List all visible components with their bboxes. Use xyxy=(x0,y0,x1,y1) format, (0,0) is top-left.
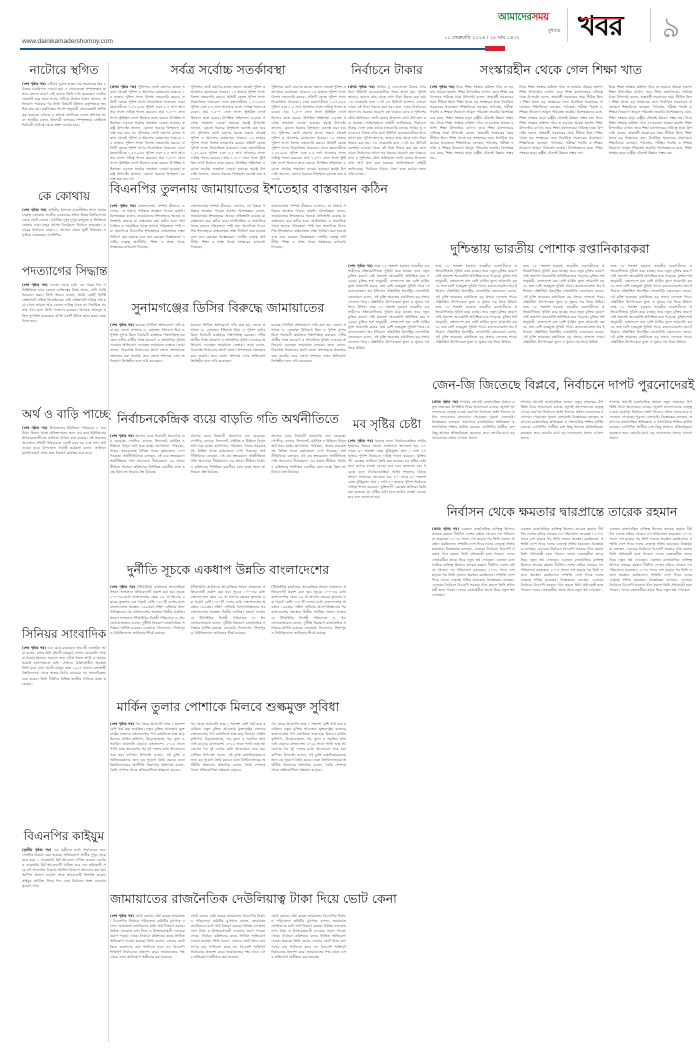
headline: সুনামগঞ্জের ডিসির বিরুদ্ধে জামায়াতের xyxy=(110,300,346,320)
article-poltyag: পদত্যাগের সিদ্ধান্ত (শেষ পৃষ্ঠার পর) দেও… xyxy=(22,263,106,324)
headline: নির্বাসন থেকে ক্ষমতার দ্বারপ্রান্তে তারে… xyxy=(432,504,692,524)
site-url[interactable]: www.dainikamadershomoy.com xyxy=(22,38,113,45)
article-markin: মার্কিন তুলার পোশাকে মিলবে শুল্কমুক্ত সু… xyxy=(110,699,346,773)
article-natore: নাটোরে স্থগিত (শেষ পৃষ্ঠার পর) এটিএম নুর… xyxy=(22,62,106,128)
headline: কে কোথায় xyxy=(22,188,106,208)
article-gen-z: নির্বাসন থেকে ক্ষমতার দ্বারপ্রান্তে তারে… xyxy=(432,504,692,598)
article-body: (শেষ পৃষ্ঠার পর) দেওয়া থেকে চাই। এর পরে… xyxy=(22,283,106,324)
article-senior: সিনিয়র সাংবাদিক (শেষ পৃষ্ঠার পর) এক মেয… xyxy=(22,626,106,687)
article-body: (তৃতীয় পৃষ্ঠার পর) এর কর্মীদের মধ্যে নি… xyxy=(22,848,106,889)
masthead: www.dainikamadershomoy.com আমাদেরসময় বু… xyxy=(0,0,700,52)
article-awami-9-dol: সংস্কারহীন থেকে গেল শিক্ষা খাত (শেষ পৃষ্… xyxy=(430,62,692,161)
article-body: (শেষ পৃষ্ঠার পর) বাহিনীর ইসলাম রাজনীতির … xyxy=(22,208,106,239)
header-rule xyxy=(20,48,490,50)
article-body: (শেষ পৃষ্ঠার পর) উপজেলার ইউনিয়ন পরিষদের… xyxy=(22,426,106,457)
headline: অর্থ ও বাড়ি পাচ্ছে xyxy=(22,406,106,426)
headline: নির্বাচনে টাকার xyxy=(348,62,426,82)
page-number: ৯ xyxy=(662,6,680,53)
headline: বিএনপির তুলনায় জামায়াতের ইশতেহার বাস্ত… xyxy=(110,181,346,201)
headline: সংস্কারহীন থেকে গেল শিক্ষা খাত xyxy=(430,62,692,82)
article-ortho: অর্থ ও বাড়ি পাচ্ছে (শেষ পৃষ্ঠার পর) উপজ… xyxy=(22,406,106,457)
headline: জামায়াতের রাজনৈতিক দেউলিয়াত্ব টাকা দিয… xyxy=(110,891,346,911)
article-bnp-tulonay: বিএনপির তুলনায় জামায়াতের ইশতেহার বাস্ত… xyxy=(110,181,346,250)
divider xyxy=(650,8,651,42)
headline: বিএনপির কাইয়ুম xyxy=(22,828,106,848)
article-durniti: দুর্নীতি সূচকে একধাপ উন্নতি বাংলাদেশের (… xyxy=(110,562,346,636)
article-tarek xyxy=(420,760,692,763)
headline: জেন-জি জিতেছে বিপ্লবে, নির্বাচনে দাপট পু… xyxy=(432,377,692,397)
headline: সিনিয়র সাংবাদিক xyxy=(22,626,106,646)
article-nirbachone-takar: নির্বাচনে টাকার (প্রথম পৃষ্ঠার পর) সাকিব… xyxy=(348,62,426,177)
headline: দুশ্চিন্তায় ভারতীয় পোশাক রপ্তানিকারকরা xyxy=(348,241,692,261)
headline: মব সৃষ্টির চেষ্টা xyxy=(348,416,426,436)
headline: দুর্নীতি সূচকে একধাপ উন্নতি বাংলাদেশের xyxy=(110,562,346,582)
headline: সর্বত্র সর্বোচ্চ সতর্কাবস্থা xyxy=(110,62,346,82)
article-shiksha-khat: দুশ্চিন্তায় ভারতীয় পোশাক রপ্তানিকারকরা… xyxy=(348,241,692,351)
article-body: (শেষ পৃষ্ঠার পর) এক মেয়ে রয়েছেন। তার স… xyxy=(22,646,106,687)
article-bnp-kaisum: বিএনপির কাইয়ুম (তৃতীয় পৃষ্ঠার পর) এর ক… xyxy=(22,828,106,889)
brand-logo: আমাদেরসময় xyxy=(498,10,549,27)
divider xyxy=(567,8,568,42)
article-nirbachon-kendrik: নির্বাচনকেন্দ্রিক ব্যয়ে বাড়তি গতি অর্থ… xyxy=(110,411,346,475)
headline: নাটোরে স্থগিত xyxy=(22,62,106,82)
article-jamaat-dewliatto: জামায়াতের রাজনৈতিক দেউলিয়াত্ব টাকা দিয… xyxy=(110,891,346,960)
headline: পদত্যাগের সিদ্ধান্ত xyxy=(22,263,106,283)
section-title: খবর xyxy=(578,6,623,51)
day-name: বুধবার xyxy=(548,28,561,36)
article-moth-sristi: মব সৃষ্টির চেষ্টা (শেষ পৃষ্ঠার পর) ধরেছে… xyxy=(348,416,426,500)
column-divider xyxy=(108,62,109,1042)
headline: নির্বাচনকেন্দ্রিক ব্যয়ে বাড়তি গতি অর্থ… xyxy=(110,411,346,431)
article-sunamganj: সুনামগঞ্জের ডিসির বিরুদ্ধে জামায়াতের (শ… xyxy=(110,300,346,364)
article-ke-kothay: কে কোথায় (শেষ পৃষ্ঠার পর) বাহিনীর ইসলাম… xyxy=(22,188,106,239)
header-accent xyxy=(485,46,505,51)
date-line: ১১ ফেব্রুয়ারি ২০২৬ । ২৮ মাঘ ১৪৩২ xyxy=(444,35,520,43)
headline: মার্কিন তুলার পোশাকে মিলবে শুল্কমুক্ত সু… xyxy=(110,699,346,719)
article-poshak-roptani: জেন-জি জিতেছে বিপ্লবে, নির্বাচনে দাপট পু… xyxy=(432,377,692,441)
article-body: (শেষ পৃষ্ঠার পর) এটিএম নুরুল হকের নাম সর… xyxy=(22,82,106,128)
article-sorbotro: সর্বত্র সর্বোচ্চ সতর্কাবস্থা (প্রথম পৃষ্… xyxy=(110,62,346,182)
